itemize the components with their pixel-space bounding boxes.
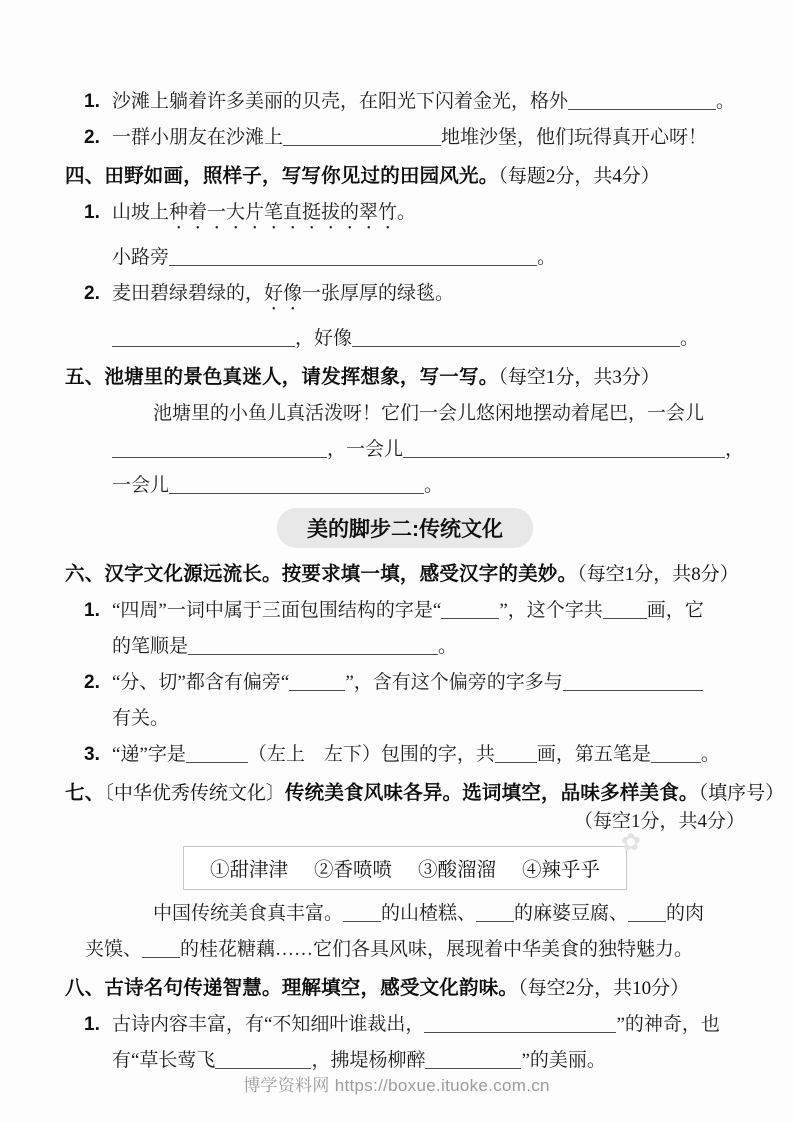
answer-blank[interactable] [142, 938, 180, 958]
text-segment: 。 [397, 202, 416, 223]
question-number: 2. [84, 125, 100, 150]
answer-blank[interactable] [441, 599, 499, 619]
word-option: ②香喷喷 [314, 854, 392, 882]
text-segment: 池塘里的小鱼儿真活泼呀！它们一会儿悠闲地摆动着尾巴，一会儿 [153, 403, 704, 424]
question-number: 3. [84, 742, 100, 767]
word-option: ①甜津津 [210, 854, 288, 882]
text-segment: “分、切”都含有偏旁“ [112, 672, 289, 693]
question-number: 1. [84, 598, 100, 623]
text-segment: 一会儿 [112, 475, 169, 496]
text-line: 夹馍、的桂花糖藕……它们各具风味，展现着中华美食的独特魅力。 [65, 937, 745, 962]
text-segment: 中国传统美食真丰富。 [153, 903, 343, 924]
section-heading: 八、古诗名句传递智慧。理解填空，感受文化韵味。（每空2分，共10分） [65, 976, 745, 1001]
text-segment: 五、池塘里的景色真迷人，请发挥想象，写一写。 [65, 366, 498, 388]
word-bank-box: ①甜津津②香喷喷③酸溜溜④辣乎乎✿ [183, 846, 627, 890]
answer-blank[interactable] [568, 90, 716, 110]
answer-blank[interactable] [215, 1049, 311, 1069]
answer-blank[interactable] [424, 1013, 616, 1033]
section-heading: 七、〔中华优秀传统文化〕传统美食风味各异。选词填空，品味多样美食。（填序号） [65, 781, 745, 806]
text-segment: 的肉 [666, 903, 704, 924]
text-segment: 好像 [264, 283, 302, 304]
text-line: 一会儿。 [65, 473, 745, 498]
question-number: 1. [84, 89, 100, 114]
text-segment: 四、田野如画，照样子，写写你见过的田园风光。 [65, 165, 498, 187]
text-line: 的笔顺是。 [65, 634, 745, 659]
answer-blank[interactable] [495, 743, 537, 763]
text-line: ，一会儿， [65, 437, 745, 462]
text-segment: 画，它 [647, 600, 704, 621]
question-line: 2.麦田碧绿碧绿的，好像一张厚厚的绿毯。 [65, 281, 745, 315]
answer-blank[interactable] [476, 902, 514, 922]
text-segment: 。 [680, 328, 699, 349]
footer-site-name: 博学资料网 [243, 1076, 335, 1095]
text-segment: 。 [438, 636, 457, 657]
text-segment: 。 [701, 744, 720, 765]
exam-page: 1.沙滩上躺着许多美丽的贝壳，在阳光下闪着金光，格外。2.一群小朋友在沙滩上地堆… [0, 0, 793, 1122]
word-option: ③酸溜溜 [418, 854, 496, 882]
page-footer: 博学资料网 https://boxue.ituoke.com.cn [0, 1071, 793, 1096]
question-line: 2.“分、切”都含有偏旁“”，含有这个偏旁的字多与 [65, 670, 745, 695]
question-line: 3.“递”字是（左上 左下）包围的字，共画，第五笔是。 [65, 742, 745, 767]
answer-blank[interactable] [628, 902, 666, 922]
answer-blank[interactable] [283, 126, 441, 146]
text-segment: “四周”一词中属于三面包围结构的字是“ [112, 600, 441, 621]
answer-blank[interactable] [603, 599, 647, 619]
text-segment: 种着一大片笔直挺拔的翠竹 [169, 202, 397, 223]
text-line: 池塘里的小鱼儿真活泼呀！它们一会儿悠闲地摆动着尾巴，一会儿 [65, 401, 745, 426]
text-segment: ，一会儿 [327, 439, 403, 460]
question-number: 2. [84, 281, 100, 306]
text-segment: （每空1分，共3分） [498, 367, 660, 388]
text-segment: 山坡上 [112, 202, 169, 223]
answer-blank[interactable] [563, 671, 703, 691]
flower-decoration-icon: ✿ [621, 831, 641, 855]
text-line: ，好像。 [65, 326, 745, 351]
text-segment: ，好像 [295, 328, 352, 349]
unit-banner-row: 美的脚步二:传统文化 [65, 508, 745, 548]
text-segment: ，拂堤杨柳醉 [311, 1050, 425, 1071]
word-bank-row: ①甜津津②香喷喷③酸溜溜④辣乎乎✿ [65, 846, 745, 890]
text-segment: 有“草长莺飞 [112, 1050, 215, 1071]
text-segment: ”的神奇，也 [616, 1014, 719, 1035]
answer-blank[interactable] [188, 635, 438, 655]
text-segment: 画，第五笔是 [537, 744, 651, 765]
answer-blank[interactable] [112, 438, 327, 458]
text-segment: “递”字是 [112, 744, 186, 765]
answer-blank[interactable] [343, 902, 381, 922]
text-segment: 的桂花糖藕……它们各具风味，展现着中华美食的独特魅力。 [180, 939, 693, 960]
text-segment: 地堆沙堡，他们玩得真开心呀！ [441, 127, 707, 148]
text-line: 有关。 [65, 706, 745, 731]
text-segment: （填序号） [699, 783, 785, 804]
text-segment: （每空2分，共10分） [518, 978, 689, 999]
section-heading: 四、田野如画，照样子，写写你见过的田园风光。（每题2分，共4分） [65, 164, 745, 189]
answer-blank[interactable] [289, 671, 345, 691]
answer-blank[interactable] [425, 1049, 521, 1069]
footer-url: https://boxue.ituoke.com.cn [335, 1076, 550, 1095]
exam-content: 1.沙滩上躺着许多美丽的贝壳，在阳光下闪着金光，格外。2.一群小朋友在沙滩上地堆… [0, 0, 793, 1073]
text-segment: 沙滩上躺着许多美丽的贝壳，在阳光下闪着金光，格外 [112, 91, 568, 112]
text-segment: ”的美丽。 [521, 1050, 605, 1071]
text-segment: （每题2分，共4分） [498, 166, 660, 187]
text-segment: 〔中华优秀传统文化〕 [104, 783, 285, 804]
word-option: ④辣乎乎 [522, 854, 600, 882]
text-segment: ， [725, 439, 744, 460]
text-line: 小路旁。 [65, 245, 745, 270]
text-segment: 的麻婆豆腐、 [514, 903, 628, 924]
text-segment: 七、 [65, 782, 104, 804]
answer-blank[interactable] [403, 438, 725, 458]
text-segment: 古诗内容丰富，有“不知细叶谁裁出， [112, 1014, 424, 1035]
question-number: 1. [84, 200, 100, 225]
question-line: 1.山坡上种着一大片笔直挺拔的翠竹。 [65, 200, 745, 234]
answer-blank[interactable] [112, 327, 295, 347]
text-segment: 。 [716, 91, 735, 112]
text-segment: 传统美食风味各异。选词填空，品味多样美食。 [285, 782, 699, 804]
text-segment: 一群小朋友在沙滩上 [112, 127, 283, 148]
section-heading: 五、池塘里的景色真迷人，请发挥想象，写一写。（每空1分，共3分） [65, 365, 745, 390]
answer-blank[interactable] [169, 474, 424, 494]
text-segment: 。 [537, 247, 556, 268]
text-segment: 。 [424, 475, 443, 496]
text-segment: 夹馍、 [85, 939, 142, 960]
text-segment: 小路旁 [112, 247, 169, 268]
text-segment: ”，这个字共 [499, 600, 602, 621]
text-segment: （每空1分，共8分） [577, 564, 739, 585]
text-line: 中国传统美食真丰富。的山楂糕、的麻婆豆腐、的肉 [65, 901, 745, 926]
text-segment: ”，含有这个偏旁的字多与 [345, 672, 562, 693]
question-line: 2.一群小朋友在沙滩上地堆沙堡，他们玩得真开心呀！ [65, 125, 745, 150]
text-segment: 的笔顺是 [112, 636, 188, 657]
question-line: 1.古诗内容丰富，有“不知细叶谁裁出，”的神奇，也 [65, 1012, 745, 1037]
section-heading: 六、汉字文化源远流长。按要求填一填，感受汉字的美妙。（每空1分，共8分） [65, 562, 745, 587]
text-segment: （左上 左下）包围的字，共 [248, 744, 495, 765]
text-segment: 的山楂糕、 [381, 903, 476, 924]
question-number: 2. [84, 670, 100, 695]
question-line: 1.沙滩上躺着许多美丽的贝壳，在阳光下闪着金光，格外。 [65, 89, 745, 114]
answer-blank[interactable] [651, 743, 701, 763]
answer-blank[interactable] [169, 246, 537, 266]
answer-blank[interactable] [186, 743, 248, 763]
text-segment: 六、汉字文化源远流长。按要求填一填，感受汉字的美妙。 [65, 563, 577, 585]
text-segment: 有关。 [112, 708, 169, 729]
question-line: 1.“四周”一词中属于三面包围结构的字是“”，这个字共画，它 [65, 598, 745, 623]
text-segment: （每空1分，共4分） [574, 811, 745, 832]
question-number: 1. [84, 1012, 100, 1037]
text-segment: 麦田碧绿碧绿的， [112, 283, 264, 304]
answer-blank[interactable] [352, 327, 680, 347]
score-note: （每空1分，共4分） [65, 809, 745, 834]
text-line: 有“草长莺飞，拂堤杨柳醉”的美丽。 [65, 1048, 745, 1073]
unit-banner: 美的脚步二:传统文化 [277, 508, 533, 548]
text-segment: 一张厚厚的绿毯。 [302, 283, 454, 304]
text-segment: 八、古诗名句传递智慧。理解填空，感受文化韵味。 [65, 977, 518, 999]
